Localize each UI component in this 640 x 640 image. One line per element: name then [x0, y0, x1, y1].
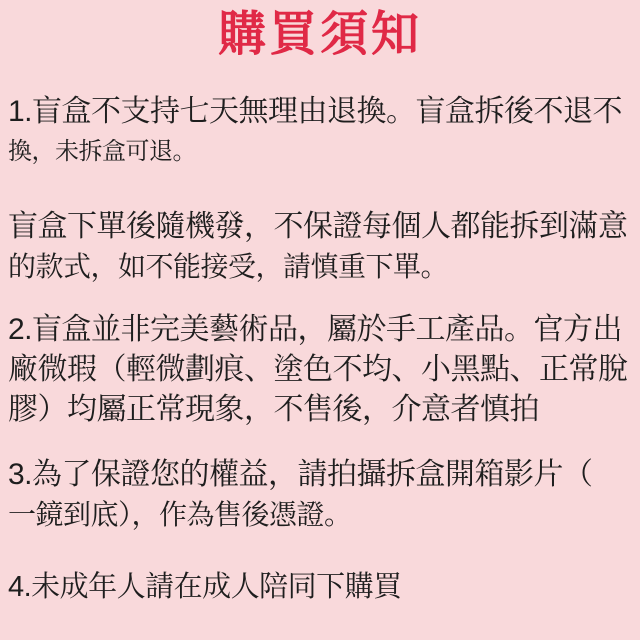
page-title: 購買須知 [0, 6, 640, 64]
notice-line: 2.盲盒並非完美藝術品，屬於手工產品。官方出 [8, 310, 638, 350]
notice-line: 4.未成年人請在成人陪同下購買 [8, 567, 638, 607]
notice-line: 的款式，如不能接受，請慎重下單。 [8, 247, 638, 287]
notice-line: 3.為了保證您的權益，請拍攝拆盒開箱影片（ [8, 455, 638, 495]
notice-paragraph-1: 1.盲盒不支持七天無理由退換。盲盒拆後不退不 換，未拆盒可退。 [8, 92, 638, 172]
notice-paragraph-3: 2.盲盒並非完美藝術品，屬於手工產品。官方出 廠微瑕（輕微劃痕、塗色不均、小黑點… [8, 310, 638, 430]
purchase-notice-page: 購買須知 1.盲盒不支持七天無理由退換。盲盒拆後不退不 換，未拆盒可退。 盲盒下… [0, 0, 640, 640]
notice-paragraph-5: 4.未成年人請在成人陪同下購買 [8, 567, 638, 607]
notice-line: 一鏡到底），作為售後憑證。 [8, 495, 638, 535]
notice-line: 1.盲盒不支持七天無理由退換。盲盒拆後不退不 [8, 92, 638, 132]
notice-line: 膠）均屬正常現象，不售後，介意者慎拍 [8, 390, 638, 430]
notice-line: 廠微瑕（輕微劃痕、塗色不均、小黑點、正常脫 [8, 350, 638, 390]
notice-line: 換，未拆盒可退。 [8, 132, 638, 172]
notice-paragraph-4: 3.為了保證您的權益，請拍攝拆盒開箱影片（ 一鏡到底），作為售後憑證。 [8, 455, 638, 535]
notice-paragraph-2: 盲盒下單後隨機發，不保證每個人都能拆到滿意 的款式，如不能接受，請慎重下單。 [8, 207, 638, 287]
notice-line: 盲盒下單後隨機發，不保證每個人都能拆到滿意 [8, 207, 638, 247]
